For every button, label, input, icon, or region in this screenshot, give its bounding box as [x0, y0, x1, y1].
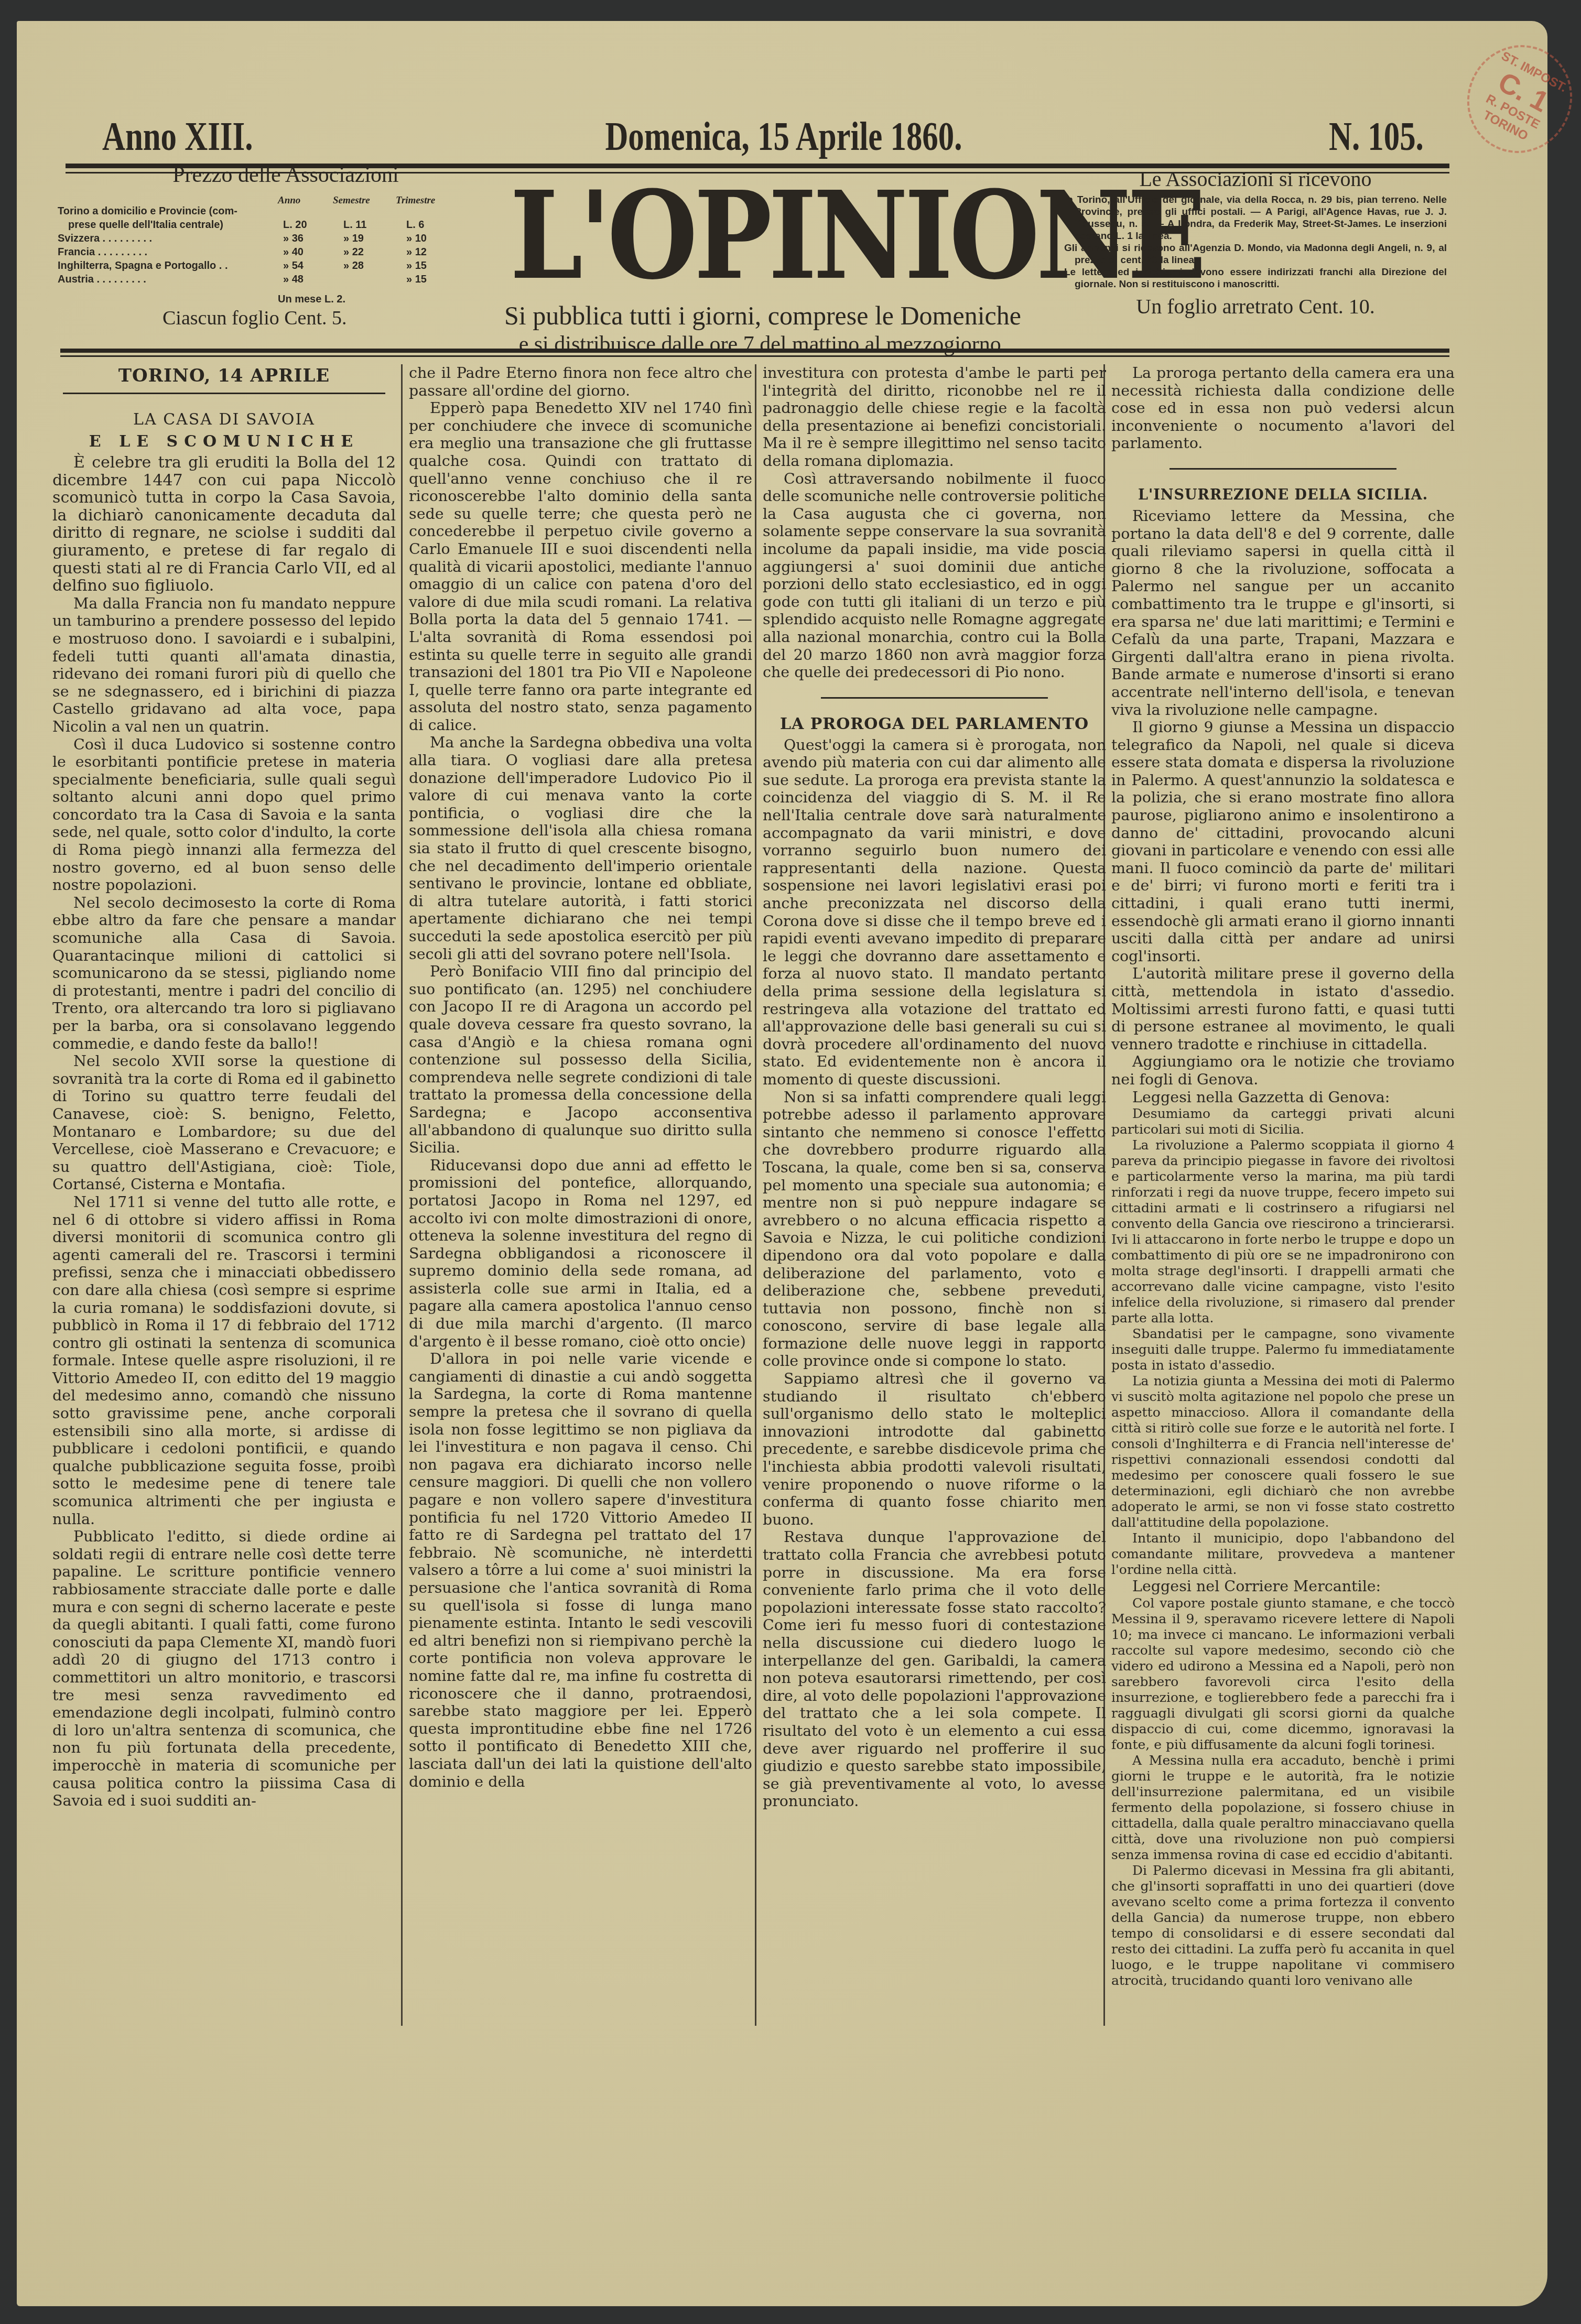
- letters-info: Le lettere ed i richiami devono essere i…: [1064, 266, 1447, 290]
- prices-heading: Prezzo delle Associazioni: [58, 162, 467, 188]
- paragraph: Così attraversando nobilmente il fuoco d…: [763, 470, 1106, 681]
- col-semestre: Semestre: [333, 195, 370, 207]
- subscription-offices: In Torino, all'Ufficio del giornale, via…: [1064, 194, 1447, 242]
- paragraph: Pubblicato l'editto, si diede ordine ai …: [52, 1528, 396, 1810]
- quoted-paragraph: La rivoluzione a Palermo scoppiata il gi…: [1111, 1137, 1455, 1326]
- quoted-paragraph: Di Palermo dicevasi in Messina fra gli a…: [1111, 1863, 1455, 1989]
- price-trimestre: » 12: [406, 246, 427, 258]
- paragraph: La proroga pertanto della camera era una…: [1111, 364, 1455, 452]
- column-divider: [755, 364, 756, 2026]
- back-issue-price: Un foglio arretrato Cent. 10.: [1064, 294, 1447, 320]
- article-title: LA PROROGA DEL PARLAMENTO: [763, 714, 1106, 734]
- column-1: TORINO, 14 APRILE LA CASA DI SAVOIA E LE…: [52, 364, 396, 1810]
- masthead-bottom-rule: [60, 349, 1449, 353]
- quoted-paragraph: Col vapore postale giunto stamane, e che…: [1111, 1595, 1455, 1753]
- paragraph: Nel secolo XVII sorse la questione di so…: [52, 1052, 396, 1193]
- paragraph: Quest'oggi la camera si è prorogata, non…: [763, 736, 1106, 1089]
- paragraph: Aggiungiamo ora le notizie che troviamo …: [1111, 1053, 1455, 1088]
- paragraph: Epperò papa Benedetto XIV nel 1740 finì …: [409, 399, 752, 734]
- subscription-heading: Le Associazioni si ricevono: [1064, 168, 1447, 191]
- issue-date: Domenica, 15 Aprile 1860.: [605, 113, 962, 160]
- column-divider: [401, 364, 403, 2026]
- paragraph: Nel 1711 si venne del tutto alle rotte, …: [52, 1193, 396, 1528]
- source-intro: Leggesi nella Gazzetta di Genova:: [1111, 1089, 1455, 1106]
- price-row: Austria . . . . . . . . . » 48 » 15: [58, 274, 456, 287]
- paragraph: Restava dunque l'approvazione del tratta…: [763, 1528, 1106, 1810]
- paragraph: D'allora in poi nelle varie vicende e ca…: [409, 1350, 752, 1790]
- price-label: Torino a domicilio e Provincie (com-: [58, 205, 237, 218]
- price-label: Inghilterra, Spagna e Portogallo . .: [58, 260, 228, 272]
- dateline: TORINO, 14 APRILE: [52, 364, 396, 387]
- masthead-bottom-rule-thin: [60, 355, 1449, 357]
- section-divider: [821, 697, 1047, 699]
- price-semestre: L. 11: [343, 219, 366, 231]
- paragraph: Sappiamo altresì che il governo va studi…: [763, 1370, 1106, 1528]
- newspaper-title: L'OPINIONE: [510, 176, 1011, 296]
- price-semestre: » 22: [343, 246, 364, 258]
- price-semestre: » 28: [343, 260, 364, 272]
- price-label: Austria . . . . . . . . .: [58, 274, 146, 286]
- masthead-top-line: Anno XIII. Domenica, 15 Aprile 1860. N. …: [102, 113, 1136, 160]
- paragraph: Così il duca Ludovico si sostenne contro…: [52, 736, 396, 894]
- paragraph: Il giorno 9 giunse a Messina un dispacci…: [1111, 719, 1455, 965]
- quoted-paragraph: A Messina nulla era accaduto, benchè i p…: [1111, 1753, 1455, 1863]
- price-trimestre: » 15: [406, 274, 427, 286]
- price-anno: » 48: [283, 274, 304, 286]
- price-anno: » 40: [283, 246, 304, 258]
- quoted-paragraph: Intanto il municipio, dopo l'abbandono d…: [1111, 1530, 1455, 1578]
- article-title-line2: E LE SCOMUNICHE: [52, 432, 396, 452]
- quoted-paragraph: Sbandatisi per le campagne, sono vivamen…: [1111, 1326, 1455, 1373]
- column-3: investitura con protesta d'ambe le parti…: [763, 364, 1106, 1810]
- price-row: Inghilterra, Spagna e Portogallo . . » 5…: [58, 260, 456, 274]
- price-trimestre: L. 6: [406, 219, 424, 231]
- column-4: La proroga pertanto della camera era una…: [1111, 364, 1455, 1989]
- paragraph: Riceviamo lettere da Messina, che portan…: [1111, 507, 1455, 719]
- price-label: Svizzera . . . . . . . . .: [58, 233, 152, 245]
- price-anno: » 54: [283, 260, 304, 272]
- price-trimestre: » 15: [406, 260, 427, 272]
- publication-schedule: Si pubblica tutti i giorni, comprese le …: [472, 301, 1054, 330]
- price-semestre: » 19: [343, 233, 364, 245]
- price-row: prese quelle dell'Italia centrale) L. 20…: [58, 219, 456, 233]
- column-2: che il Padre Eterno finora non fece altr…: [409, 364, 752, 1790]
- paragraph: Nel secolo decimosesto la corte di Roma …: [52, 894, 396, 1052]
- subscription-info: Le Associazioni si ricevono In Torino, a…: [1064, 168, 1447, 320]
- price-label: Francia . . . . . . . . .: [58, 246, 147, 258]
- paragraph: Ma dalla Francia non fu mandato neppure …: [52, 595, 396, 736]
- paragraph: È celebre tra gli eruditi la Bolla del 1…: [52, 454, 396, 595]
- advertising-info: Gli annunzi si ricevono all'Agenzia D. M…: [1064, 242, 1447, 266]
- price-anno: L. 20: [283, 219, 307, 231]
- col-anno: Anno: [278, 195, 300, 207]
- price-row: Svizzera . . . . . . . . . » 36 » 19 » 1…: [58, 233, 456, 246]
- paragraph: investitura con protesta d'ambe le parti…: [763, 364, 1106, 470]
- price-anno: » 36: [283, 233, 304, 245]
- dateline-rule: [63, 393, 385, 394]
- per-copy-price: Ciascun foglio Cent. 5.: [163, 307, 346, 330]
- paragraph: Non si sa infatti comprendere quali legg…: [763, 1089, 1106, 1371]
- subscription-prices: Prezzo delle Associazioni Anno Semestre …: [58, 162, 467, 330]
- distribution-hours: e si distribuisce dalle ore 7 del mattin…: [472, 330, 1054, 359]
- paragraph: Ma anche la Sardegna obbediva una volta …: [409, 734, 752, 963]
- price-trimestre: » 10: [406, 233, 427, 245]
- volume-year: Anno XIII.: [102, 113, 253, 160]
- source-intro: Leggesi nel Corriere Mercantile:: [1111, 1578, 1455, 1595]
- article-title: L'INSURREZIONE DELLA SICILIA.: [1111, 485, 1455, 505]
- paragraph: che il Padre Eterno finora non fece altr…: [409, 364, 752, 399]
- paragraph: Riducevansi dopo due anni ad effetto le …: [409, 1157, 752, 1351]
- issue-number: N. 105.: [1329, 113, 1424, 160]
- paragraph: L'autorità militare prese il governo del…: [1111, 965, 1455, 1053]
- col-trimestre: Trimestre: [396, 195, 435, 207]
- price-row: Francia . . . . . . . . . » 40 » 22 » 12: [58, 246, 456, 260]
- paragraph: Però Bonifacio VIII fino dal principio d…: [409, 963, 752, 1157]
- monthly-price: Un mese L. 2.: [278, 294, 345, 306]
- section-divider: [1169, 468, 1396, 470]
- price-label: prese quelle dell'Italia centrale): [68, 219, 223, 231]
- quoted-paragraph: La notizia giunta a Messina dei moti di …: [1111, 1373, 1455, 1530]
- quoted-paragraph: Desumiamo da carteggi privati alcuni par…: [1111, 1106, 1455, 1137]
- price-row: Torino a domicilio e Provincie (com-: [58, 205, 456, 219]
- article-title-line1: LA CASA DI SAVOIA: [52, 410, 396, 430]
